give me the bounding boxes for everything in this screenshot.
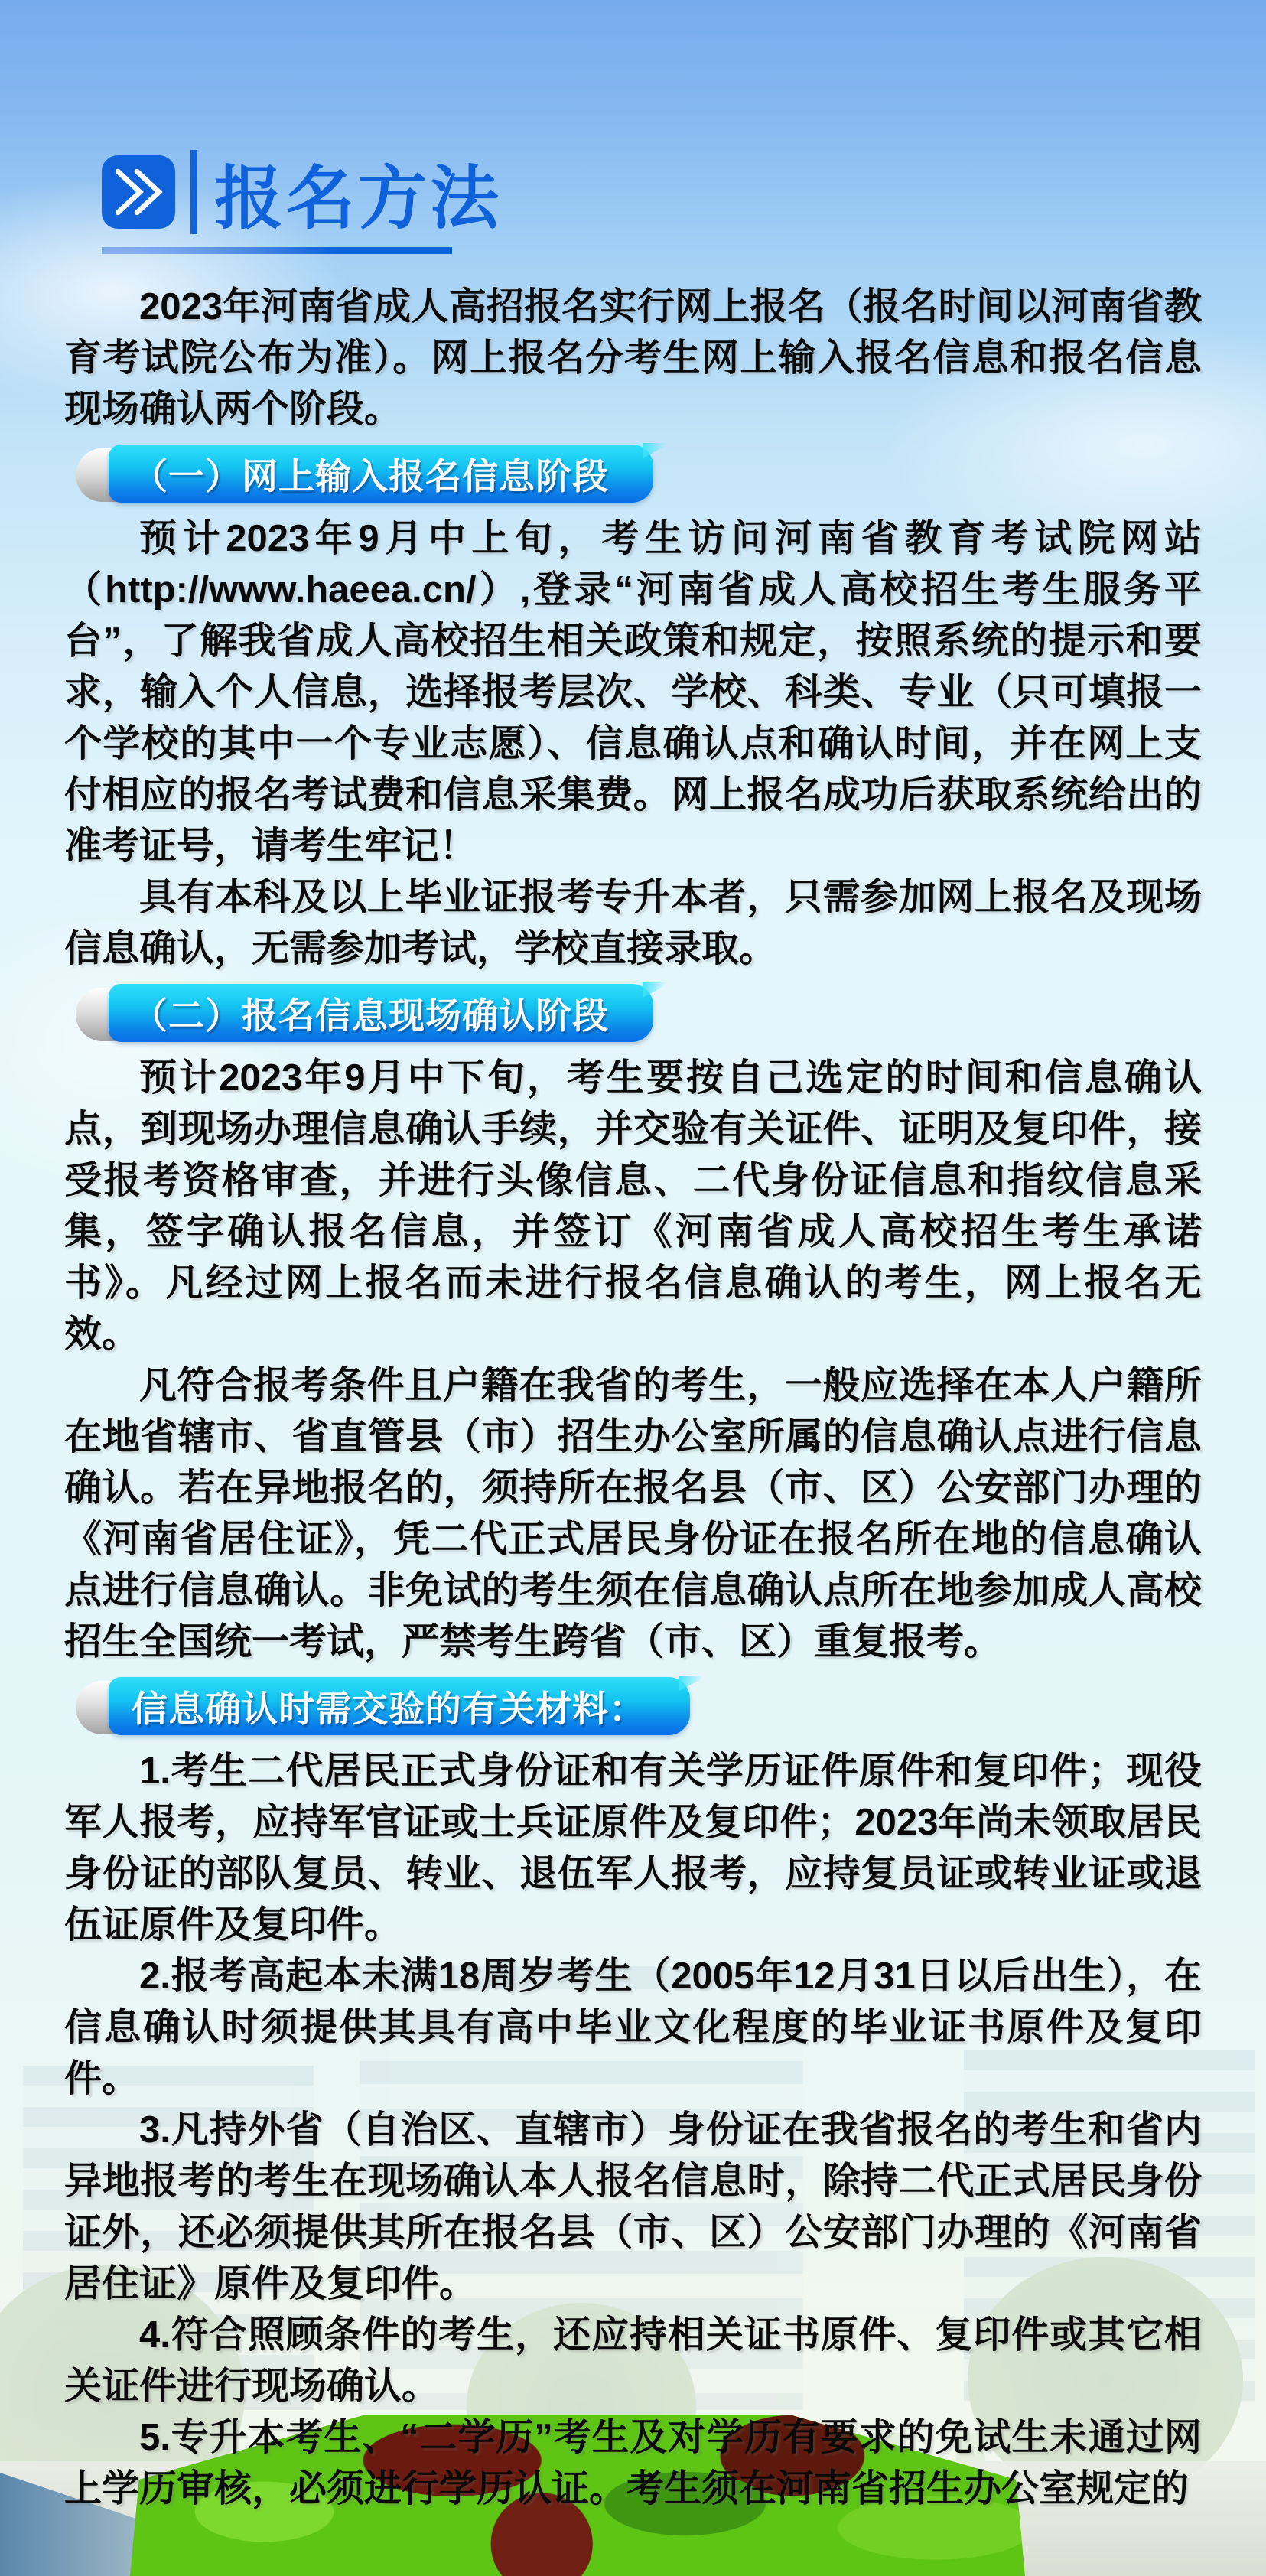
list-item-5: 5.专升本考生、“二学历”考生及对学历有要求的免试生未通过网上学历审核，必须进行…	[64, 2412, 1202, 2515]
list-item-2: 2.报考高起本未满18周岁考生（2005年12月31日以后出生），在信息确认时须…	[64, 1951, 1202, 2105]
section-heading: 信息确认时需交验的有关材料：	[132, 1681, 646, 1732]
section-banner-1: （一）网上输入报名信息阶段	[109, 445, 653, 503]
list-item-3: 3.凡持外省（自治区、直辖市）身份证在我省报名的考生和省内异地报考的考生在现场确…	[64, 2105, 1202, 2310]
intro-paragraph: 2023年河南省成人高招报名实行网上报名（报名时间以河南省教育考试院公布为准）。…	[64, 282, 1202, 435]
section-banner-2: （二）报名信息现场确认阶段	[109, 984, 653, 1042]
paragraph: 凡符合报考条件且户籍在我省的考生，一般应选择在本人户籍所在地省辖市、省直管县（市…	[64, 1360, 1202, 1668]
section-heading: （二）报名信息现场确认阶段	[132, 988, 609, 1039]
paragraph: 预计2023年9月中下旬，考生要按自己选定的时间和信息确认点，到现场办理信息确认…	[64, 1053, 1202, 1360]
poster-page: 报名方法 2023年河南省成人高招报名实行网上报名（报名时间以河南省教育考试院公…	[0, 0, 1266, 2576]
paragraph: 预计2023年9月中上旬，考生访问河南省教育考试院网站（http://www.h…	[64, 513, 1202, 872]
body-content: 2023年河南省成人高招报名实行网上报名（报名时间以河南省教育考试院公布为准）。…	[0, 282, 1266, 2515]
section-heading: （一）网上输入报名信息阶段	[132, 448, 609, 500]
title-underline	[102, 247, 452, 254]
double-chevron-right-icon	[102, 155, 175, 229]
page-header: 报名方法	[102, 149, 1266, 235]
page-title: 报名方法	[214, 142, 502, 242]
paragraph: 具有本科及以上毕业证报考专升本者，只需参加网上报名及现场信息确认，无需参加考试，…	[64, 872, 1202, 975]
list-item-1: 1.考生二代居民正式身份证和有关学历证件原件和复印件；现役军人报考，应持军官证或…	[64, 1746, 1202, 1951]
title-divider-bar	[190, 150, 197, 234]
section-banner-3: 信息确认时需交验的有关材料：	[109, 1677, 690, 1735]
list-item-4: 4.符合照顾条件的考生，还应持相关证书原件、复印件或其它相关证件进行现场确认。	[64, 2310, 1202, 2412]
